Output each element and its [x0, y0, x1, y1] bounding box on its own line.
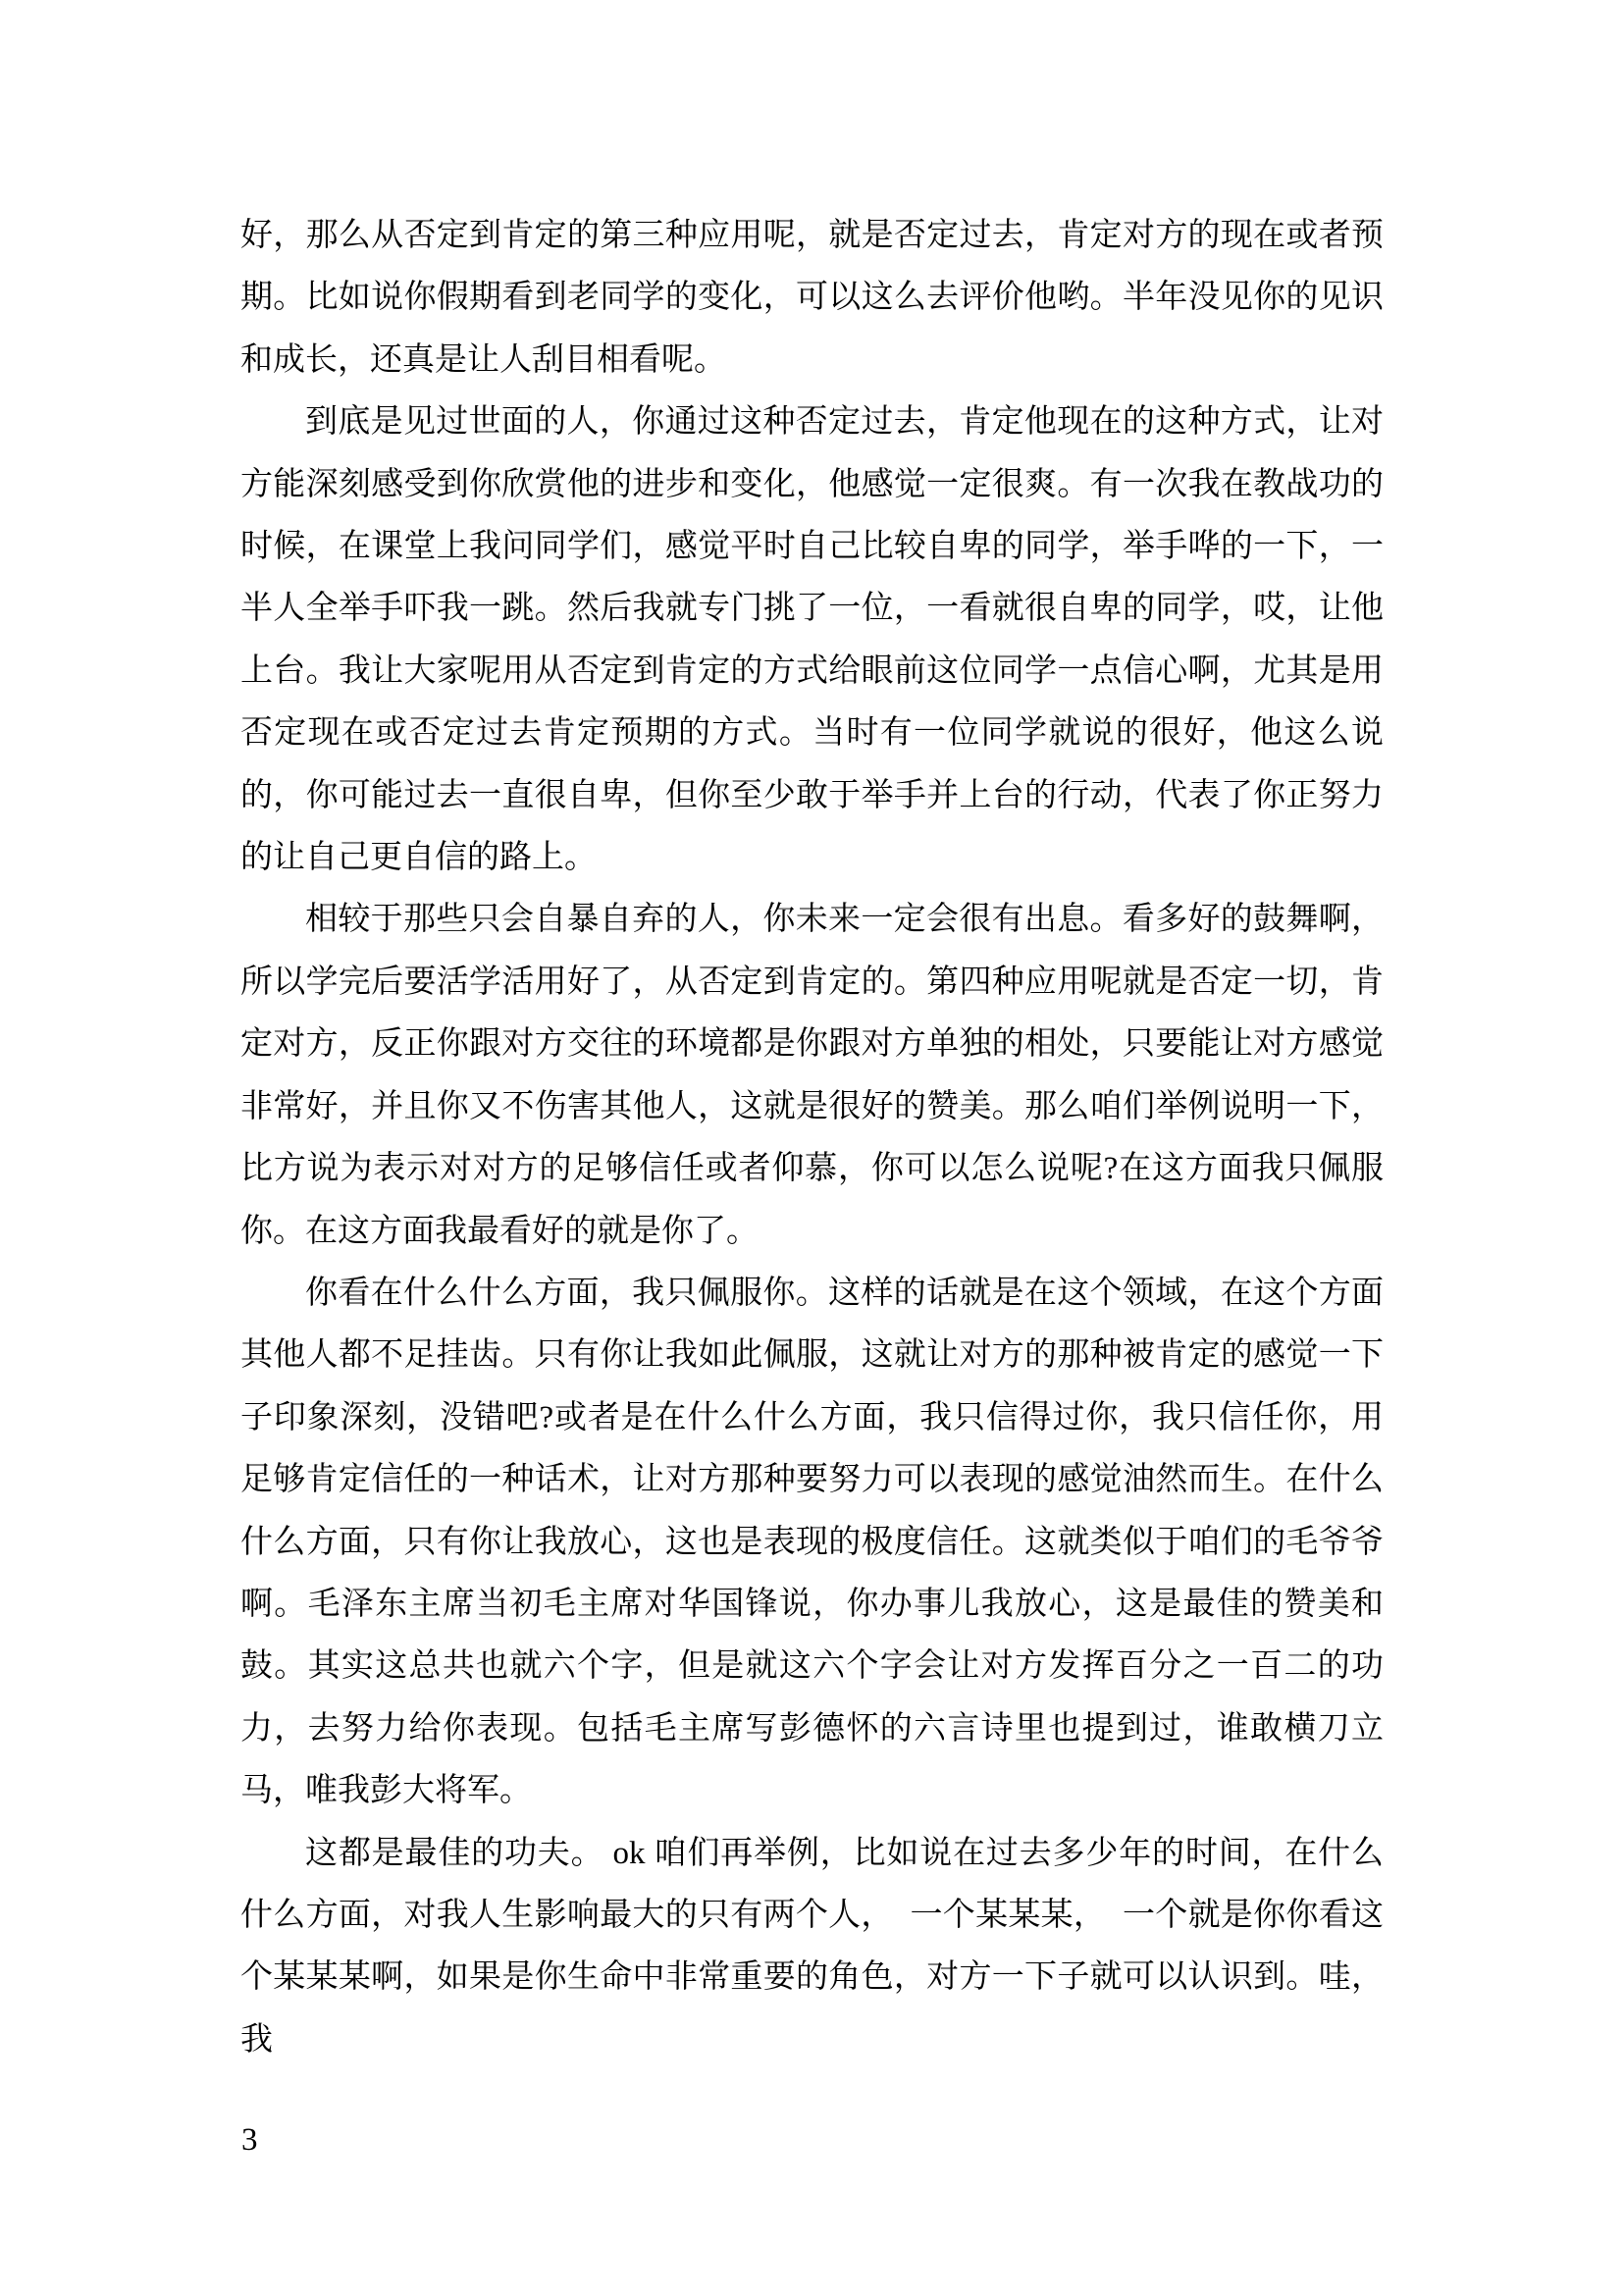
body-paragraph-4: 你看在什么什么方面，我只佩服你。这样的话就是在这个领域，在这个方面其他人都不足挂… — [240, 1263, 1384, 1823]
document-page: 好，那么从否定到肯定的第三种应用呢，就是否定过去，肯定对方的现在或者预期。比如说… — [0, 0, 1624, 2295]
text-body: 好，那么从否定到肯定的第三种应用呢，就是否定过去，肯定对方的现在或者预期。比如说… — [240, 205, 1384, 2071]
body-paragraph-1: 好，那么从否定到肯定的第三种应用呢，就是否定过去，肯定对方的现在或者预期。比如说… — [240, 205, 1384, 391]
page-number: 3 — [241, 2117, 258, 2163]
body-paragraph-5: 这都是最佳的功夫。 ok 咱们再举例，比如说在过去多少年的时间，在什么什么方面，… — [240, 1823, 1384, 2072]
body-paragraph-3: 相较于那些只会自暴自弃的人，你未来一定会很有出息。看多好的鼓舞啊，所以学完后要活… — [240, 889, 1384, 1262]
body-paragraph-2: 到底是见过世面的人，你通过这种否定过去，肯定他现在的这种方式，让对方能深刻感受到… — [240, 391, 1384, 889]
